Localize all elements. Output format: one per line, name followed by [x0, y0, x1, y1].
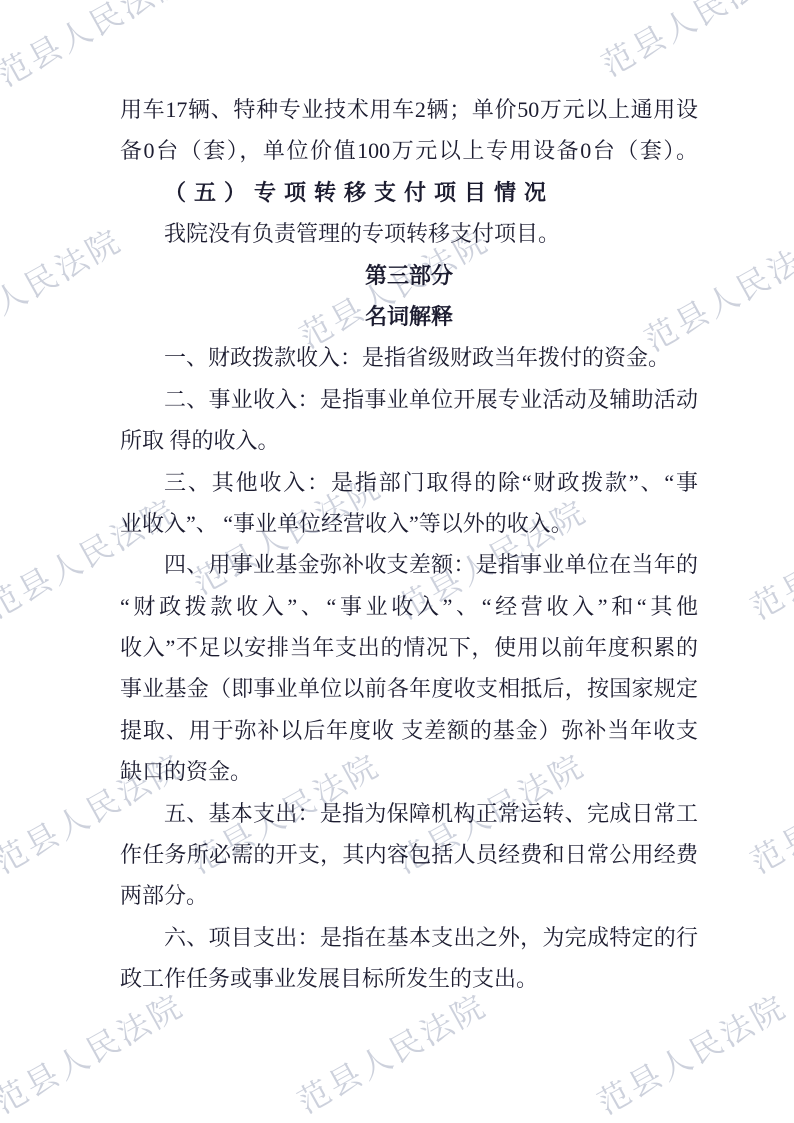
watermark-text: 范县人民法院 — [0, 0, 194, 95]
text-line: 一、财政拨款收入：是指省级财政当年拨付的资金。 — [120, 337, 698, 378]
text-line: 政工作任务或事业发展目标所发生的支出。 — [120, 958, 698, 999]
text-line: 二、事业收入：是指事业单位开展专业活动及辅助活动 — [120, 379, 698, 420]
text-line: 用车17辆、特种专业技术用车2辆；单价50万元以上通用设 — [120, 89, 698, 130]
watermark-text: 范县人民法院 — [591, 986, 794, 1123]
watermark-text: 范县人民法院 — [0, 985, 191, 1122]
watermark-text: 范县人民法院 — [0, 220, 129, 357]
text-line: 备0台（套），单位价值100万元以上专用设备0台（套）。 — [120, 130, 698, 171]
text-line: 三、其他收入：是指部门取得的除“财政拨款”、“事 — [120, 462, 698, 503]
text-line: 业收入”、 “事业单位经营收入”等以外的收入。 — [120, 503, 698, 544]
text-line: （五）专项转移支付项目情况 — [120, 172, 698, 213]
text-line: 六、项目支出：是指在基本支出之外，为完成特定的行 — [120, 917, 698, 958]
text-line: 两部分。 — [120, 875, 698, 916]
watermark-text: 范县人民法院 — [595, 0, 794, 85]
text-line: 我院没有负责管理的专项转移支付项目。 — [120, 213, 698, 254]
watermark-text: 范县人民法院 — [744, 491, 794, 628]
text-line: 收入”不足以安排当年支出的情况下，使用以前年度积累的 — [120, 627, 698, 668]
document-page: 范县人民法院范县人民法院范县人民法院范县人民法院范县人民法院范县人民法院范县人民… — [0, 0, 794, 1123]
text-line: “财政拨款收入”、“事业收入”、“经营收入”和“其他 — [120, 586, 698, 627]
text-line: 事业基金（即事业单位以前各年度收支相抵后，按国家规定 — [120, 668, 698, 709]
text-line: 名词解释 — [120, 296, 698, 337]
watermark-text: 范县人民法院 — [744, 745, 794, 882]
text-line: 四、用事业基金弥补收支差额：是指事业单位在当年的 — [120, 544, 698, 585]
text-line: 提取、用于弥补以后年度收 支差额的基金）弥补当年收支 — [120, 710, 698, 751]
text-line: 所取 得的收入。 — [120, 420, 698, 461]
text-line: 缺口的资金。 — [120, 751, 698, 792]
text-line: 第三部分 — [120, 255, 698, 296]
watermark-text: 范县人民法院 — [291, 985, 494, 1122]
document-body: 用车17辆、特种专业技术用车2辆；单价50万元以上通用设备0台（套），单位价值1… — [120, 89, 698, 1000]
text-line: 五、基本支出：是指为保障机构正常运转、完成日常工 — [120, 793, 698, 834]
text-line: 作任务所必需的开支，其内容包括人员经费和日常公用经费 — [120, 834, 698, 875]
